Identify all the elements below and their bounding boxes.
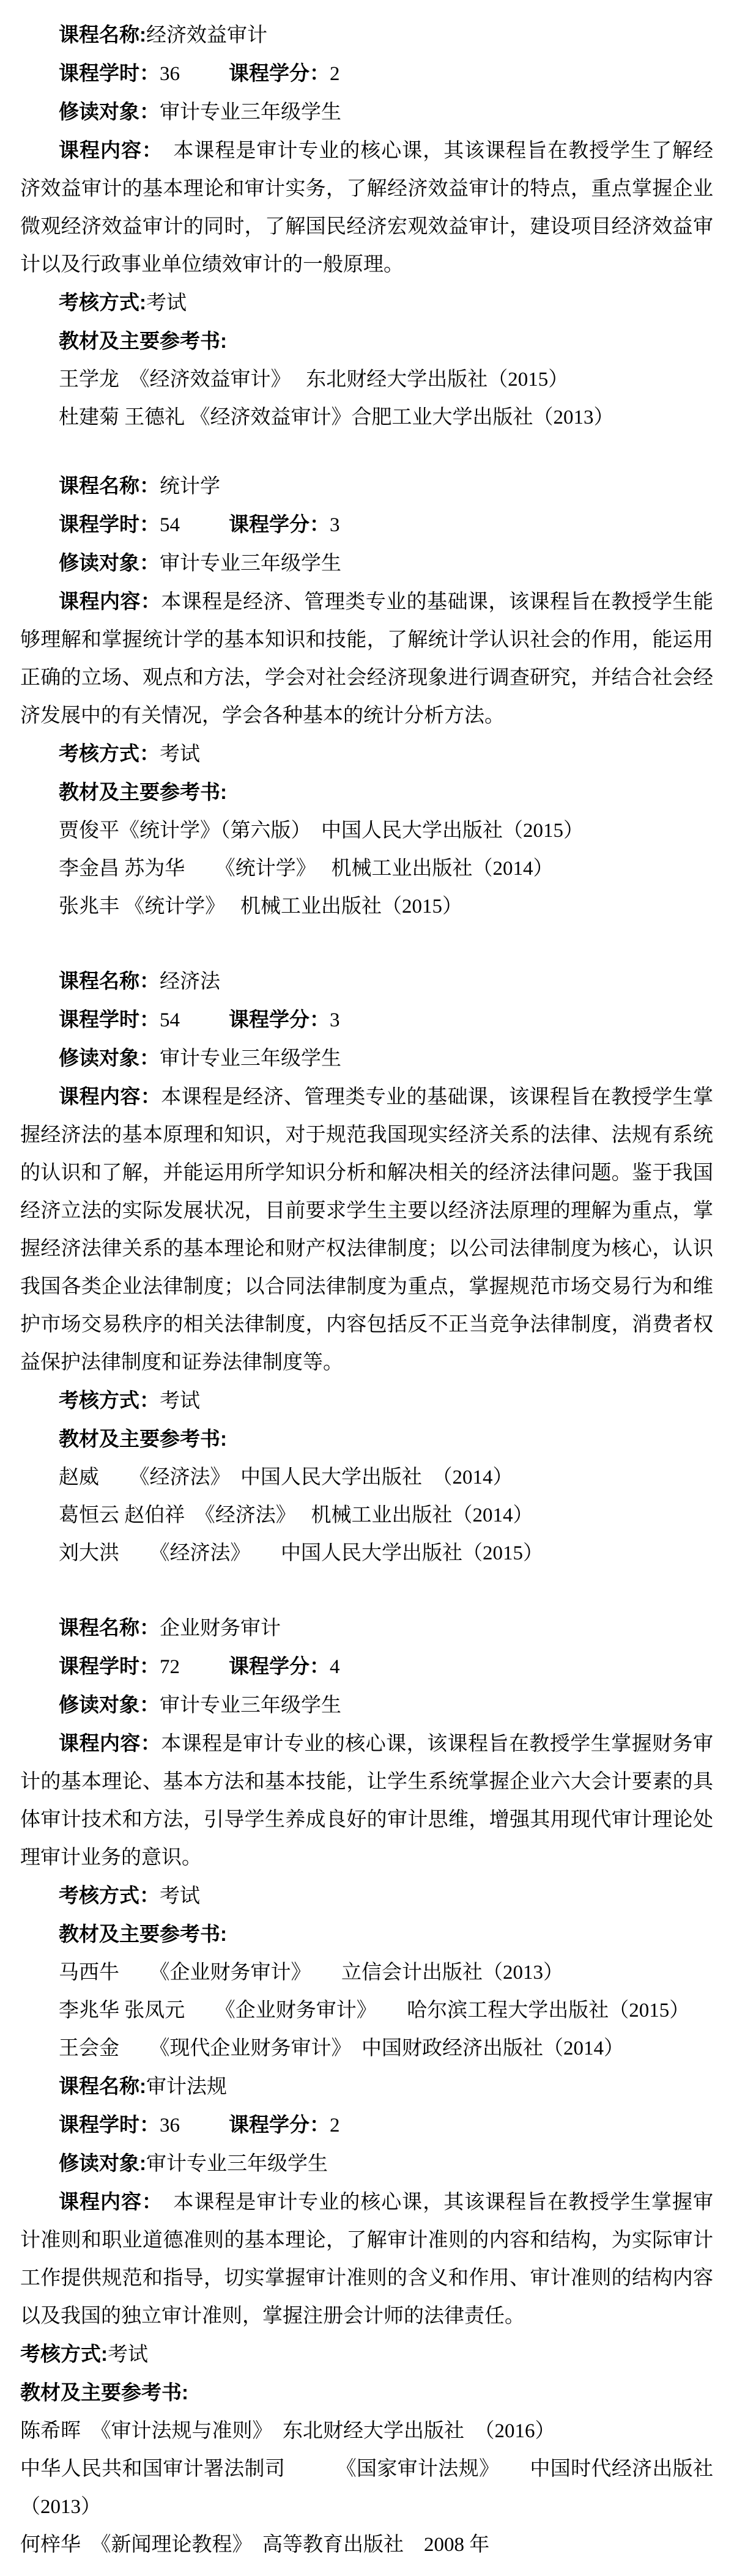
course-name-label: 课程名称: bbox=[59, 23, 146, 46]
course-assessment-value: 考试 bbox=[160, 1390, 200, 1412]
course-credits-value: 2 bbox=[330, 2114, 340, 2136]
course-hours-value: 54 bbox=[160, 514, 180, 536]
course-name-value: 统计学 bbox=[160, 476, 220, 498]
course-audience-line: 修读对象：审计专业三年级学生 bbox=[20, 544, 713, 583]
reference-item: 刘大洪 《经济法》 中国人民大学出版社（2015） bbox=[20, 1534, 713, 1572]
course-name-value: 审计法规 bbox=[146, 2076, 227, 2098]
course-textbooks-label: 教材及主要参考书: bbox=[59, 781, 227, 803]
course-audience-label: 修读对象： bbox=[59, 1693, 160, 1716]
course-hours-label: 课程学时： bbox=[59, 513, 160, 535]
course-audience-value: 审计专业三年级学生 bbox=[160, 101, 341, 123]
course-textbooks-heading: 教材及主要参考书: bbox=[20, 1915, 713, 1954]
course-assessment-line: 考核方式：考试 bbox=[20, 1877, 713, 1915]
course-hours-label: 课程学时： bbox=[59, 1008, 160, 1031]
course-content-paragraph: 课程内容： 本课程是审计专业的核心课，其该课程旨在教授学生了解经济效益审计的基本… bbox=[20, 131, 713, 284]
course-content-label: 课程内容： bbox=[59, 2190, 152, 2213]
course-name-line: 课程名称：经济法 bbox=[20, 962, 713, 1001]
course-content-paragraph: 课程内容：本课程是经济、管理类专业的基础课，该课程旨在教授学生掌握经济法的基本原… bbox=[20, 1078, 713, 1382]
course-hours-line: 课程学时：72课程学分：4 bbox=[20, 1647, 713, 1686]
course-assessment-line: 考核方式:考试 bbox=[20, 284, 713, 322]
reference-item: 贾俊平《统计学》（第六版） 中国人民大学出版社（2015） bbox=[20, 812, 713, 850]
course-audience-line: 修读对象：审计专业三年级学生 bbox=[20, 93, 713, 131]
reference-item: 陈希晖 《审计法规与准则》 东北财经大学出版社 （2016） bbox=[20, 2412, 713, 2450]
reference-item: 马西牛 《企业财务审计》 立信会计出版社（2013） bbox=[20, 1954, 713, 1992]
syllabus-document: 课程名称:经济效益审计 课程学时：36课程学分：2 修读对象：审计专业三年级学生… bbox=[0, 0, 734, 2576]
course-assessment-line: 考核方式：考试 bbox=[20, 735, 713, 773]
course-textbooks-heading: 教材及主要参考书: bbox=[20, 2374, 713, 2412]
course-audience-label: 修读对象： bbox=[59, 551, 160, 574]
course-credits-label: 课程学分： bbox=[229, 1655, 330, 1677]
course-hours-line: 课程学时：54课程学分：3 bbox=[20, 1001, 713, 1039]
reference-item: 杜建菊 王德礼 《经济效益审计》合肥工业大学出版社（2013） bbox=[20, 399, 713, 436]
course-name-value: 经济法 bbox=[160, 971, 220, 993]
reference-item: 张兆丰 《统计学》 机械工业出版社（2015） bbox=[20, 888, 713, 926]
course-name-label: 课程名称： bbox=[59, 474, 160, 497]
course-content-text: 本课程是经济、管理类专业的基础课，该课程旨在教授学生掌握经济法的基本原理和知识，… bbox=[20, 1086, 713, 1374]
course-name-label: 课程名称： bbox=[59, 1616, 160, 1639]
course-name-line: 课程名称：统计学 bbox=[20, 467, 713, 506]
course-assessment-value: 考试 bbox=[160, 743, 200, 765]
course-content-label: 课程内容： bbox=[59, 1732, 161, 1754]
course-hours-line: 课程学时：54课程学分：3 bbox=[20, 506, 713, 544]
course-hours-value: 54 bbox=[160, 1009, 180, 1031]
course-content-label: 课程内容： bbox=[59, 139, 152, 161]
course-content-paragraph: 课程内容： 本课程是审计专业的核心课，其该课程旨在教授学生掌握审计准则和职业道德… bbox=[20, 2183, 713, 2335]
course-assessment-value: 考试 bbox=[160, 1885, 200, 1907]
course-section-4: 课程名称：企业财务审计 课程学时：72课程学分：4 修读对象：审计专业三年级学生… bbox=[20, 1609, 713, 2067]
course-audience-value: 审计专业三年级学生 bbox=[160, 1695, 341, 1717]
course-hours-value: 36 bbox=[160, 63, 180, 85]
course-name-line: 课程名称:审计法规 bbox=[20, 2067, 713, 2106]
course-section-1: 课程名称:经济效益审计 课程学时：36课程学分：2 修读对象：审计专业三年级学生… bbox=[20, 16, 713, 436]
reference-item: 中华人民共和国审计署法制司 《国家审计法规》 中国时代经济出版社（2013） bbox=[20, 2450, 713, 2526]
course-audience-line: 修读对象：审计专业三年级学生 bbox=[20, 1686, 713, 1724]
course-audience-value: 审计专业三年级学生 bbox=[160, 553, 341, 575]
course-name-value: 企业财务审计 bbox=[160, 1617, 281, 1639]
course-assessment-label: 考核方式： bbox=[59, 742, 160, 765]
reference-item: 王学龙 《经济效益审计》 东北财经大学出版社（2015） bbox=[20, 361, 713, 399]
course-audience-label: 修读对象: bbox=[59, 2152, 146, 2174]
course-name-label: 课程名称： bbox=[59, 970, 160, 992]
course-hours-label: 课程学时： bbox=[59, 62, 160, 84]
course-content-label: 课程内容： bbox=[59, 1085, 161, 1108]
reference-item: 何梓华 《新闻理论教程》 高等教育出版社 2008 年 bbox=[20, 2526, 713, 2564]
course-content-paragraph: 课程内容：本课程是经济、管理类专业的基础课，该课程旨在教授学生能够理解和掌握统计… bbox=[20, 583, 713, 735]
course-textbooks-heading: 教材及主要参考书: bbox=[20, 773, 713, 812]
course-hours-line: 课程学时：36课程学分：2 bbox=[20, 54, 713, 93]
reference-item: 赵威 《经济法》 中国人民大学出版社 （2014） bbox=[20, 1459, 713, 1496]
course-assessment-value: 考试 bbox=[146, 292, 187, 314]
course-textbooks-label: 教材及主要参考书: bbox=[59, 1923, 227, 1945]
reference-item: 葛恒云 赵伯祥 《经济法》 机械工业出版社（2014） bbox=[20, 1496, 713, 1534]
course-name-line: 课程名称：企业财务审计 bbox=[20, 1609, 713, 1647]
course-textbooks-heading: 教材及主要参考书: bbox=[20, 1420, 713, 1459]
course-section-3: 课程名称：经济法 课程学时：54课程学分：3 修读对象：审计专业三年级学生 课程… bbox=[20, 962, 713, 1572]
course-hours-label: 课程学时： bbox=[59, 1655, 160, 1677]
course-audience-value: 审计专业三年级学生 bbox=[160, 1048, 341, 1070]
course-audience-label: 修读对象： bbox=[59, 100, 160, 123]
course-name-value: 经济效益审计 bbox=[146, 24, 267, 46]
course-assessment-line: 考核方式：考试 bbox=[20, 1382, 713, 1420]
course-assessment-label: 考核方式： bbox=[59, 1884, 160, 1907]
course-textbooks-label: 教材及主要参考书: bbox=[59, 329, 227, 352]
course-audience-label: 修读对象： bbox=[59, 1047, 160, 1069]
course-hours-value: 72 bbox=[160, 1656, 180, 1678]
course-credits-value: 2 bbox=[330, 63, 340, 85]
course-section-2: 课程名称：统计学 课程学时：54课程学分：3 修读对象：审计专业三年级学生 课程… bbox=[20, 467, 713, 926]
course-audience-value: 审计专业三年级学生 bbox=[146, 2153, 328, 2175]
course-audience-line: 修读对象：审计专业三年级学生 bbox=[20, 1039, 713, 1078]
course-name-label: 课程名称: bbox=[59, 2075, 146, 2097]
course-textbooks-label: 教材及主要参考书: bbox=[59, 1427, 227, 1450]
reference-item: 李兆华 张凤元 《企业财务审计》 哈尔滨工程大学出版社（2015） bbox=[20, 1992, 713, 2030]
course-credits-label: 课程学分： bbox=[229, 2113, 330, 2136]
course-section-5: 课程名称:审计法规 课程学时：36课程学分：2 修读对象:审计专业三年级学生 课… bbox=[20, 2067, 713, 2564]
course-credits-label: 课程学分： bbox=[229, 513, 330, 535]
reference-item: 王会金 《现代企业财务审计》 中国财政经济出版社（2014） bbox=[20, 2030, 713, 2067]
course-hours-line: 课程学时：36课程学分：2 bbox=[20, 2106, 713, 2144]
course-audience-line: 修读对象:审计专业三年级学生 bbox=[20, 2144, 713, 2183]
course-assessment-label: 考核方式: bbox=[20, 2342, 108, 2365]
course-assessment-value: 考试 bbox=[108, 2344, 148, 2366]
course-content-label: 课程内容： bbox=[59, 590, 161, 613]
course-assessment-label: 考核方式: bbox=[59, 291, 146, 314]
course-assessment-line: 考核方式:考试 bbox=[20, 2335, 713, 2374]
course-hours-label: 课程学时： bbox=[59, 2113, 160, 2136]
course-credits-value: 3 bbox=[330, 1009, 340, 1031]
course-textbooks-label: 教材及主要参考书: bbox=[20, 2381, 188, 2404]
course-credits-value: 3 bbox=[330, 514, 340, 536]
course-hours-value: 36 bbox=[160, 2114, 180, 2136]
reference-item: 李金昌 苏为华 《统计学》 机械工业出版社（2014） bbox=[20, 850, 713, 888]
course-credits-label: 课程学分： bbox=[229, 62, 330, 84]
course-assessment-label: 考核方式： bbox=[59, 1389, 160, 1411]
course-credits-label: 课程学分： bbox=[229, 1008, 330, 1031]
course-content-paragraph: 课程内容：本课程是审计专业的核心课，该课程旨在教授学生掌握财务审计的基本理论、基… bbox=[20, 1724, 713, 1877]
course-credits-value: 4 bbox=[330, 1656, 340, 1678]
course-textbooks-heading: 教材及主要参考书: bbox=[20, 322, 713, 361]
course-name-line: 课程名称:经济效益审计 bbox=[20, 16, 713, 54]
